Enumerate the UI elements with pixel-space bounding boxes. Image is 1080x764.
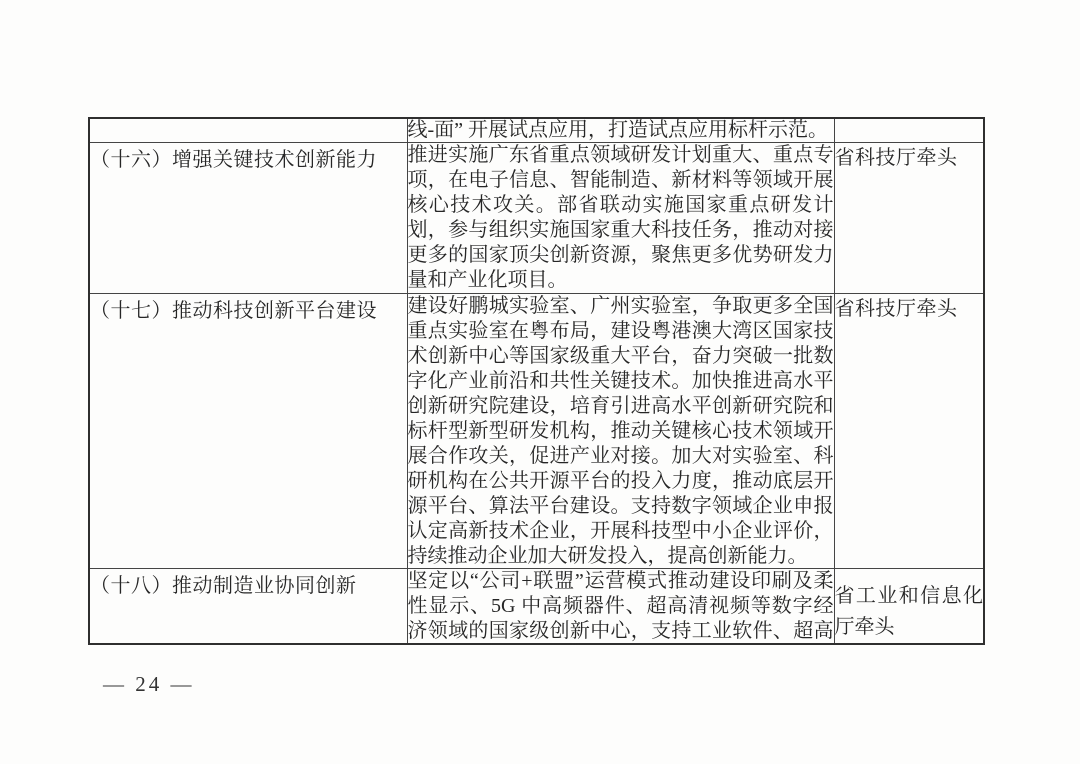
- table-row: （十六）增强关键技术创新能力 推进实施广东省重点领域研发计划重大、重点专项，在电…: [89, 142, 984, 293]
- table-row: 线-面” 开展试点应用，打造试点应用标杆示范。: [89, 118, 984, 142]
- table-row: （十七）推动科技创新平台建设 建设好鹏城实验室、广州实验室，争取更多全国重点实验…: [89, 293, 984, 568]
- detail-text: 建设好鹏城实验室、广州实验室，争取更多全国重点实验室在粤布局，建设粤港澳大湾区国…: [408, 294, 834, 567]
- table-row: （十八）推动制造业协同创新 坚定以“公司+联盟”运营模式推动建设印刷及柔性显示、…: [89, 568, 984, 644]
- detail-text: 线-面” 开展试点应用，打造试点应用标杆示范。: [408, 119, 834, 141]
- detail-cell-continuation: 线-面” 开展试点应用，打造试点应用标杆示范。: [407, 118, 834, 142]
- detail-text: 推进实施广东省重点领域研发计划重大、重点专项，在电子信息、智能制造、新材料等领域…: [408, 143, 834, 292]
- item-cell-continuation: [89, 118, 407, 142]
- detail-cell-16: 推进实施广东省重点领域研发计划重大、重点专项，在电子信息、智能制造、新材料等领域…: [407, 142, 834, 293]
- item-cell-17: （十七）推动科技创新平台建设: [89, 293, 407, 568]
- detail-text: 坚定以“公司+联盟”运营模式推动建设印刷及柔性显示、5G 中高频器件、超高清视频…: [408, 569, 834, 643]
- lead-cell-18: 省工业和信息化厅牵头: [834, 568, 984, 644]
- detail-cell-17: 建设好鹏城实验室、广州实验室，争取更多全国重点实验室在粤布局，建设粤港澳大湾区国…: [407, 293, 834, 568]
- lead-cell-17: 省科技厅牵头: [834, 293, 984, 568]
- detail-cell-18: 坚定以“公司+联盟”运营模式推动建设印刷及柔性显示、5G 中高频器件、超高清视频…: [407, 568, 834, 644]
- lead-cell-continuation: [834, 118, 984, 142]
- lead-cell-16: 省科技厅牵头: [834, 142, 984, 293]
- item-cell-18: （十八）推动制造业协同创新: [89, 568, 407, 644]
- page-number: — 24 —: [103, 672, 195, 697]
- item-cell-16: （十六）增强关键技术创新能力: [89, 142, 407, 293]
- measures-table: 线-面” 开展试点应用，打造试点应用标杆示范。 （十六）增强关键技术创新能力 推…: [88, 117, 985, 645]
- lead-text: 省工业和信息化厅牵头: [835, 581, 984, 643]
- document-page: 线-面” 开展试点应用，打造试点应用标杆示范。 （十六）增强关键技术创新能力 推…: [0, 0, 1080, 764]
